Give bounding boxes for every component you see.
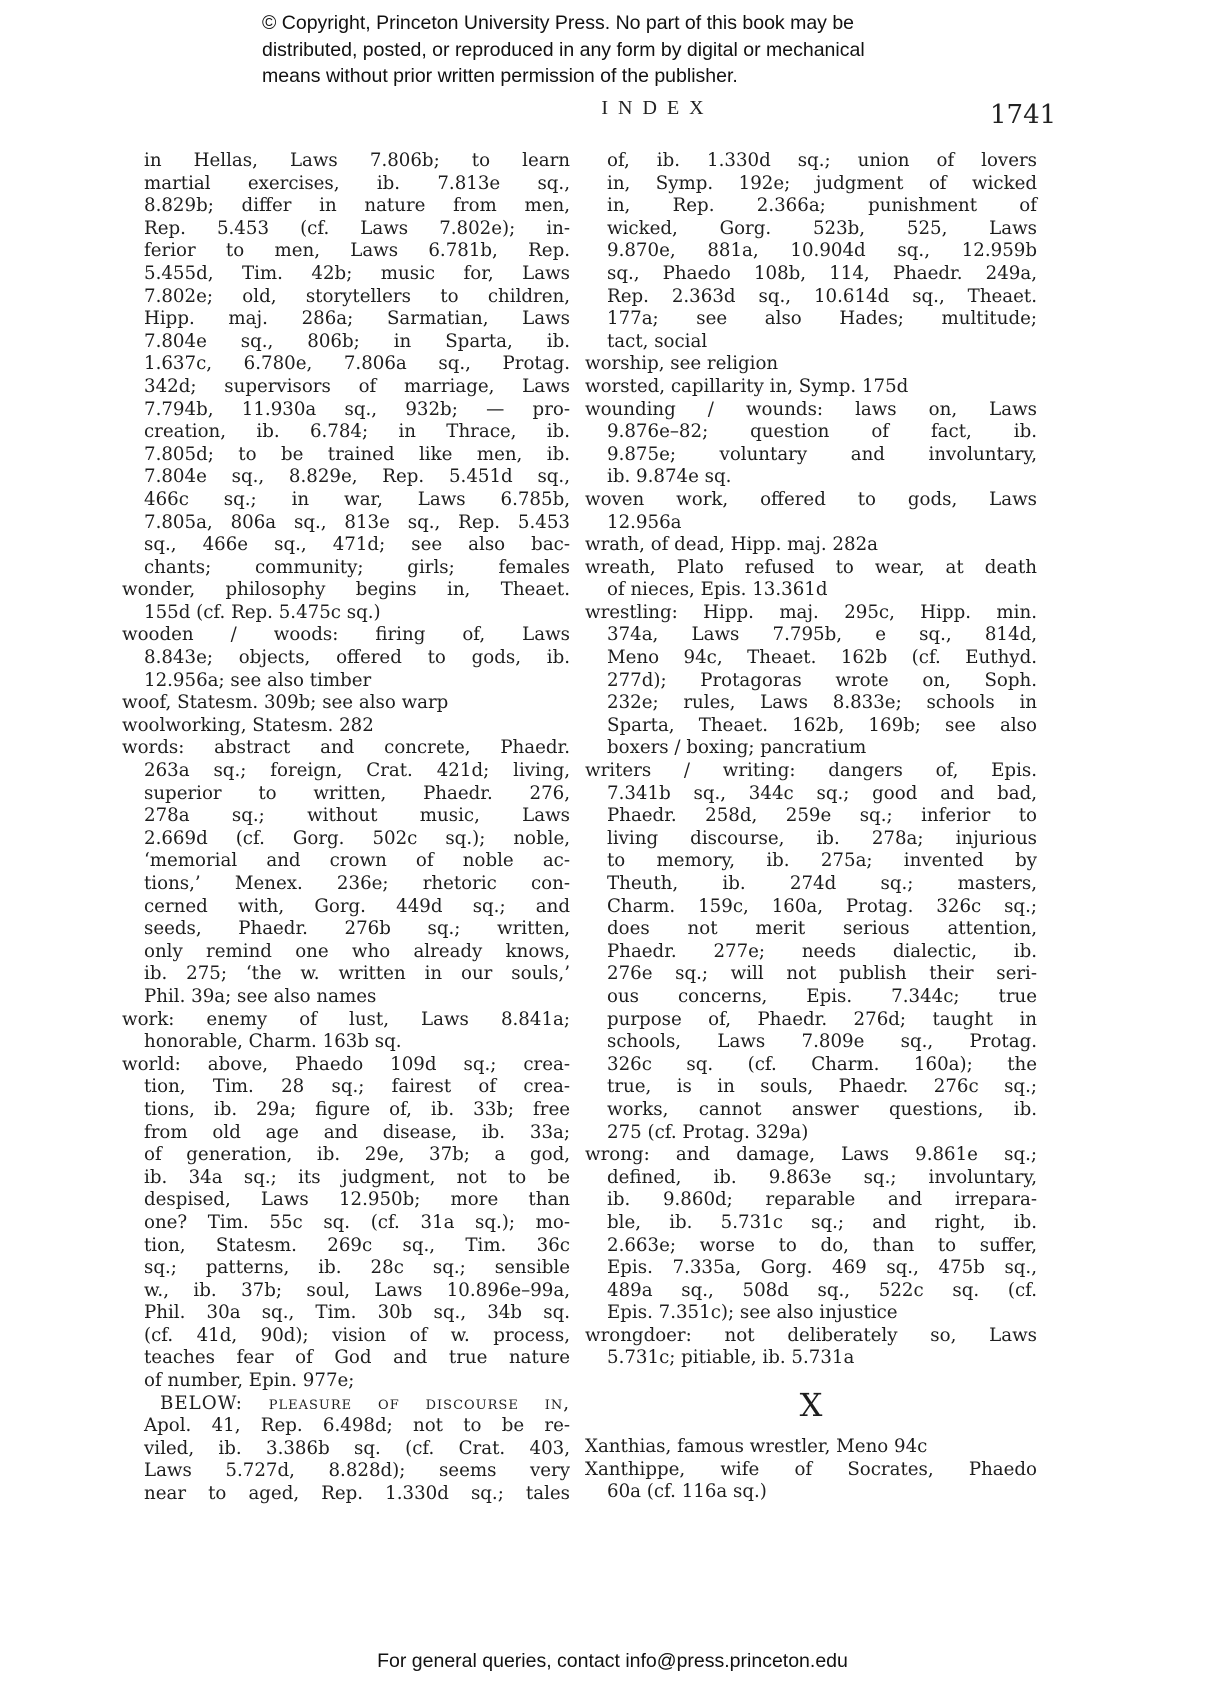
index-line: Epis. 7.351c); see also injustice	[585, 1302, 1037, 1325]
index-line: Theuth, ib. 274d sq.; masters,	[585, 873, 1037, 896]
copyright-line: © Copyright, Princeton University Press.…	[262, 10, 982, 37]
index-entry-wrongdoer: wrongdoer: not deliberately so, Laws	[585, 1325, 1037, 1348]
index-line: tions,’ Menex. 236e; rhetoric con-	[122, 873, 570, 896]
index-entry-woven-work: woven work, offered to gods, Laws	[585, 489, 1037, 512]
index-line: chants; community; girls; females	[122, 557, 570, 580]
index-line: superior to written, Phaedr. 276,	[122, 783, 570, 806]
index-line: tions, ib. 29a; figure of, ib. 33b; free	[122, 1099, 570, 1122]
contact-footer: For general queries, contact info@press.…	[0, 1650, 1225, 1673]
index-line: 9.876e–82; question of fact, ib.	[585, 421, 1037, 444]
index-line: teaches fear of God and true nature	[122, 1347, 570, 1370]
running-head-title: INDEX	[601, 97, 713, 119]
index-line: Epis. 7.335a, Gorg. 469 sq., 475b sq.,	[585, 1257, 1037, 1280]
index-entry-wonder: wonder, philosophy begins in, Theaet.	[122, 579, 570, 602]
index-line: Laws 5.727d, 8.828d); seems very	[122, 1460, 570, 1483]
index-line: despised, Laws 12.950b; more than	[122, 1189, 570, 1212]
index-line: sq.; patterns, ib. 28c sq.; sensible	[122, 1257, 570, 1280]
index-line: ble, ib. 5.731c sq.; and right, ib.	[585, 1212, 1037, 1235]
index-line: ous concerns, Epis. 7.344c; true	[585, 986, 1037, 1009]
index-line: true, is in souls, Phaedr. 276c sq.;	[585, 1076, 1037, 1099]
index-line: to memory, ib. 275a; invented by	[585, 850, 1037, 873]
index-line: from old age and disease, ib. 33a;	[122, 1122, 570, 1145]
index-line: ib. 9.874e sq.	[585, 466, 1037, 489]
index-line: 276e sq.; will not publish their seri-	[585, 963, 1037, 986]
index-entry-woof: woof, Statesm. 309b; see also warp	[122, 692, 570, 715]
index-line: living discourse, ib. 278a; injurious	[585, 828, 1037, 851]
index-line: 9.870e, 881a, 10.904d sq., 12.959b	[585, 240, 1037, 263]
index-line: 342d; supervisors of marriage, Laws	[122, 376, 570, 399]
index-line: purpose of, Phaedr. 276d; taught in	[585, 1009, 1037, 1032]
index-line: 12.956a	[585, 512, 1037, 535]
index-line: Hipp. maj. 286a; Sarmatian, Laws	[122, 308, 570, 331]
index-line: in, Symp. 192e; judgment of wicked	[585, 173, 1037, 196]
index-line: cerned with, Gorg. 449d sq.; and	[122, 896, 570, 919]
index-line: 5.455d, Tim. 42b; music for, Laws	[122, 263, 570, 286]
index-line: 232e; rules, Laws 8.833e; schools in	[585, 692, 1037, 715]
index-column-left: in Hellas, Laws 7.806b; to learn martial…	[122, 150, 570, 1506]
index-line: seeds, Phaedr. 276b sq.; written,	[122, 918, 570, 941]
index-entry-work: work: enemy of lust, Laws 8.841a;	[122, 1009, 570, 1032]
index-line: 1.637c, 6.780e, 7.806a sq., Protag.	[122, 353, 570, 376]
index-entry-wreath: wreath, Plato refused to wear, at death	[585, 557, 1037, 580]
index-line: Phaedr. 258d, 259e sq.; inferior to	[585, 805, 1037, 828]
index-entry-wrestling: wrestling: Hipp. maj. 295c, Hipp. min.	[585, 602, 1037, 625]
index-line: martial exercises, ib. 7.813e sq.,	[122, 173, 570, 196]
index-line: schools, Laws 7.809e sq., Protag.	[585, 1031, 1037, 1054]
index-line: Meno 94c, Theaet. 162b (cf. Euthyd.	[585, 647, 1037, 670]
index-line: Rep. 5.453 (cf. Laws 7.802e); in-	[122, 218, 570, 241]
copyright-line: means without prior written permission o…	[262, 63, 982, 90]
index-line: 7.804e sq., 8.829e, Rep. 5.451d sq.,	[122, 466, 570, 489]
index-entry-world: world: above, Phaedo 109d sq.; crea-	[122, 1054, 570, 1077]
index-line: ib. 9.860d; reparable and irrepara-	[585, 1189, 1037, 1212]
index-subhead-below: BELOW: pleasure of discourse in,	[122, 1393, 570, 1416]
index-line: defined, ib. 9.863e sq.; involuntary,	[585, 1167, 1037, 1190]
index-line: ib. 34a sq.; its judgment, not to be	[122, 1167, 570, 1190]
page-number: 1741	[990, 100, 1056, 130]
index-line: 12.956a; see also timber	[122, 670, 570, 693]
index-line: w., ib. 37b; soul, Laws 10.896e–99a,	[122, 1280, 570, 1303]
index-line: of number, Epin. 977e;	[122, 1370, 570, 1393]
index-line: 2.663e; worse to do, than to suffer,	[585, 1235, 1037, 1258]
index-line: works, cannot answer questions, ib.	[585, 1099, 1037, 1122]
index-line: ferior to men, Laws 6.781b, Rep.	[122, 240, 570, 263]
index-column-right: of, ib. 1.330d sq.; union of lovers in, …	[585, 150, 1037, 1504]
index-line: 8.843e; objects, offered to gods, ib.	[122, 647, 570, 670]
index-line: boxers / boxing; pancratium	[585, 737, 1037, 760]
copyright-notice: © Copyright, Princeton University Press.…	[262, 10, 982, 90]
index-line: 326c sq. (cf. Charm. 160a); the	[585, 1054, 1037, 1077]
index-line: one? Tim. 55c sq. (cf. 31a sq.); mo-	[122, 1212, 570, 1235]
index-entry-xanthias: Xanthias, famous wrestler, Meno 94c	[585, 1436, 1037, 1459]
index-line: 277d); Protagoras wrote on, Soph.	[585, 670, 1037, 693]
index-line: in, Rep. 2.366a; punishment of	[585, 195, 1037, 218]
index-line: tact, social	[585, 331, 1037, 354]
index-line: 278a sq.; without music, Laws	[122, 805, 570, 828]
index-line: viled, ib. 3.386b sq. (cf. Crat. 403,	[122, 1438, 570, 1461]
index-entry-woolworking: woolworking, Statesm. 282	[122, 715, 570, 738]
index-line: ‘memorial and crown of noble ac-	[122, 850, 570, 873]
index-line: 7.794b, 11.930a sq., 932b; — pro-	[122, 399, 570, 422]
index-line: only remind one who already knows,	[122, 941, 570, 964]
index-entry-words: words: abstract and concrete, Phaedr.	[122, 737, 570, 760]
index-line: creation, ib. 6.784; in Thrace, ib.	[122, 421, 570, 444]
index-line: 7.341b sq., 344c sq.; good and bad,	[585, 783, 1037, 806]
index-line: 263a sq.; foreign, Crat. 421d; living,	[122, 760, 570, 783]
index-line: (cf. 41d, 90d); vision of w. process,	[122, 1325, 570, 1348]
index-line: Apol. 41, Rep. 6.498d; not to be re-	[122, 1415, 570, 1438]
index-line: Sparta, Theaet. 162b, 169b; see also	[585, 715, 1037, 738]
index-line: Phil. 30a sq., Tim. 30b sq., 34b sq.	[122, 1302, 570, 1325]
index-entry-wrath: wrath, of dead, Hipp. maj. 282a	[585, 534, 1037, 557]
index-line: Phaedr. 277e; needs dialectic, ib.	[585, 941, 1037, 964]
index-line: Phil. 39a; see also names	[122, 986, 570, 1009]
index-line: 2.669d (cf. Gorg. 502c sq.); noble,	[122, 828, 570, 851]
index-line: sq., Phaedo 108b, 114, Phaedr. 249a,	[585, 263, 1037, 286]
index-entry-writers: writers / writing: dangers of, Epis.	[585, 760, 1037, 783]
index-entry-worship: worship, see religion	[585, 353, 1037, 376]
index-line: sq., 466e sq., 471d; see also bac-	[122, 534, 570, 557]
index-line: of, ib. 1.330d sq.; union of lovers	[585, 150, 1037, 173]
index-line: 177a; see also Hades; multitude;	[585, 308, 1037, 331]
index-line: 60a (cf. 116a sq.)	[585, 1481, 1037, 1504]
index-line: in Hellas, Laws 7.806b; to learn	[122, 150, 570, 173]
index-line: 7.802e; old, storytellers to children,	[122, 286, 570, 309]
index-line: 275 (cf. Protag. 329a)	[585, 1122, 1037, 1145]
index-line: honorable, Charm. 163b sq.	[122, 1031, 570, 1054]
index-entry-wounding: wounding / wounds: laws on, Laws	[585, 399, 1037, 422]
index-line: Rep. 2.363d sq., 10.614d sq., Theaet.	[585, 286, 1037, 309]
index-line: 155d (cf. Rep. 5.475c sq.)	[122, 602, 570, 625]
index-line: of generation, ib. 29e, 37b; a god,	[122, 1144, 570, 1167]
index-line: 7.805d; to be trained like men, ib.	[122, 444, 570, 467]
index-line: near to aged, Rep. 1.330d sq.; tales	[122, 1483, 570, 1506]
index-line: 7.804e sq., 806b; in Sparta, ib.	[122, 331, 570, 354]
index-entry-wrong: wrong: and damage, Laws 9.861e sq.;	[585, 1144, 1037, 1167]
index-line: Charm. 159c, 160a, Protag. 326c sq.;	[585, 896, 1037, 919]
index-line: 374a, Laws 7.795b, e sq., 814d,	[585, 624, 1037, 647]
section-letter-x: X	[585, 1374, 1037, 1436]
index-line: ib. 275; ‘the w. written in our souls,’	[122, 963, 570, 986]
index-entry-worsted: worsted, capillarity in, Symp. 175d	[585, 376, 1037, 399]
index-line: 7.805a, 806a sq., 813e sq., Rep. 5.453	[122, 512, 570, 535]
index-line: 8.829b; differ in nature from men,	[122, 195, 570, 218]
index-line: 466c sq.; in war, Laws 6.785b,	[122, 489, 570, 512]
index-line: tion, Tim. 28 sq.; fairest of crea-	[122, 1076, 570, 1099]
index-line: 489a sq., 508d sq., 522c sq. (cf.	[585, 1280, 1037, 1303]
copyright-line: distributed, posted, or reproduced in an…	[262, 37, 982, 64]
index-line: does not merit serious attention,	[585, 918, 1037, 941]
index-entry-wooden: wooden / woods: firing of, Laws	[122, 624, 570, 647]
index-line: wicked, Gorg. 523b, 525, Laws	[585, 218, 1037, 241]
index-line: tion, Statesm. 269c sq., Tim. 36c	[122, 1235, 570, 1258]
index-line: of nieces, Epis. 13.361d	[585, 579, 1037, 602]
index-line: 5.731c; pitiable, ib. 5.731a	[585, 1347, 1037, 1370]
index-entry-xanthippe: Xanthippe, wife of Socrates, Phaedo	[585, 1459, 1037, 1482]
index-line: 9.875e; voluntary and involuntary,	[585, 444, 1037, 467]
